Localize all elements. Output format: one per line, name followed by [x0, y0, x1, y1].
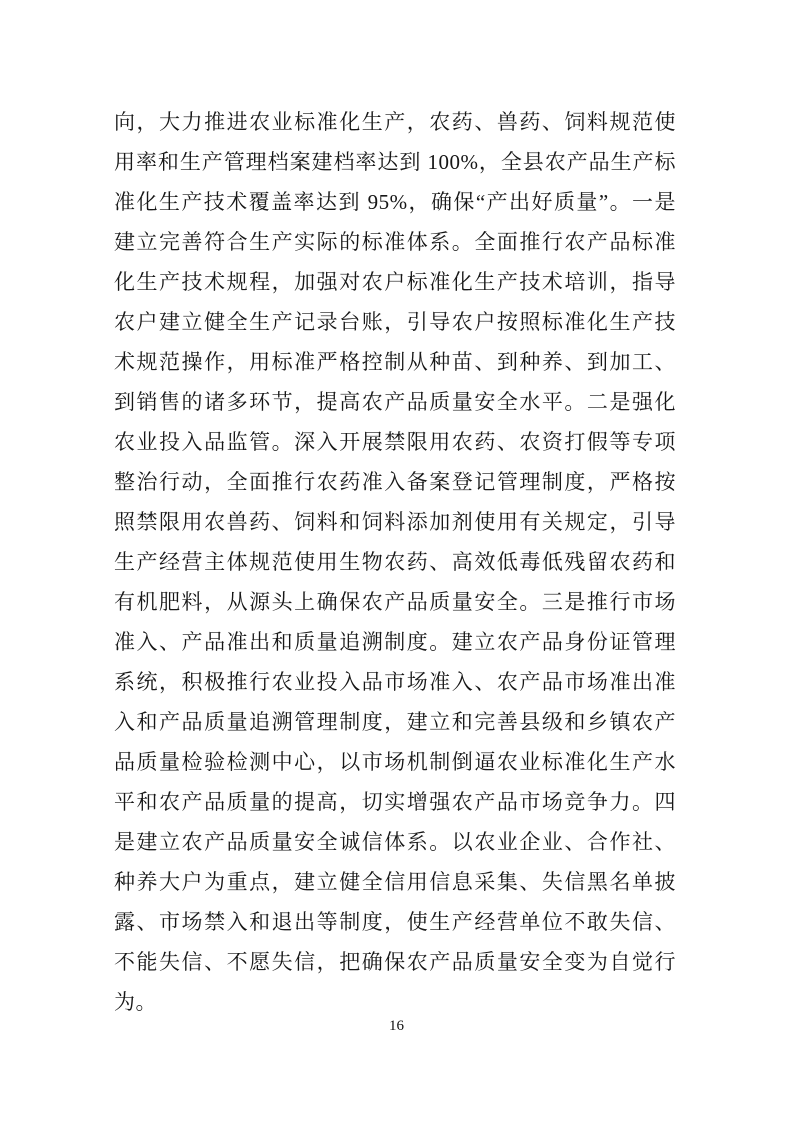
page-number: 16	[0, 1015, 793, 1037]
text-line: 有机肥料，从源头上确保农产品质量安全。三是推行市场	[114, 582, 676, 622]
text-line: 到销售的诸多环节，提高农产品质量安全水平。二是强化	[114, 382, 676, 422]
text-line: 平和农产品质量的提高，切实增强农产品市场竞争力。四	[114, 782, 676, 822]
text-line: 农户建立健全生产记录台账，引导农户按照标准化生产技	[114, 302, 676, 342]
text-line: 品质量检验检测中心，以市场机制倒逼农业标准化生产水	[114, 742, 676, 782]
text-line: 入和产品质量追溯管理制度，建立和完善县级和乡镇农产	[114, 702, 676, 742]
text-line: 化生产技术规程，加强对农户标准化生产技术培训，指导	[114, 262, 676, 302]
text-line: 照禁限用农兽药、饲料和饲料添加剂使用有关规定，引导	[114, 502, 676, 542]
text-line: 建立完善符合生产实际的标准体系。全面推行农产品标准	[114, 222, 676, 262]
text-line: 向，大力推进农业标准化生产，农药、兽药、饲料规范使	[114, 102, 676, 142]
text-line: 整治行动，全面推行农药准入备案登记管理制度，严格按	[114, 462, 676, 502]
text-line: 种养大户为重点，建立健全信用信息采集、失信黑名单披	[114, 862, 676, 902]
text-line: 术规范操作，用标准严格控制从种苗、到种养、到加工、	[114, 342, 676, 382]
text-line: 露、市场禁入和退出等制度，使生产经营单位不敢失信、	[114, 902, 676, 942]
text-line: 农业投入品监管。深入开展禁限用农药、农资打假等专项	[114, 422, 676, 462]
text-line: 是建立农产品质量安全诚信体系。以农业企业、合作社、	[114, 822, 676, 862]
text-line: 生产经营主体规范使用生物农药、高效低毒低残留农药和	[114, 542, 676, 582]
paragraph-block: 向，大力推进农业标准化生产，农药、兽药、饲料规范使用率和生产管理档案建档率达到 …	[114, 102, 676, 1022]
text-line: 准化生产技术覆盖率达到 95%，确保“产出好质量”。一是	[114, 182, 676, 222]
document-page: 向，大力推进农业标准化生产，农药、兽药、饲料规范使用率和生产管理档案建档率达到 …	[0, 0, 793, 1122]
text-line: 准入、产品准出和质量追溯制度。建立农产品身份证管理	[114, 622, 676, 662]
text-line: 系统，积极推行农业投入品市场准入、农产品市场准出准	[114, 662, 676, 702]
text-line: 不能失信、不愿失信，把确保农产品质量安全变为自觉行	[114, 942, 676, 982]
text-line: 用率和生产管理档案建档率达到 100%，全县农产品生产标	[114, 142, 676, 182]
